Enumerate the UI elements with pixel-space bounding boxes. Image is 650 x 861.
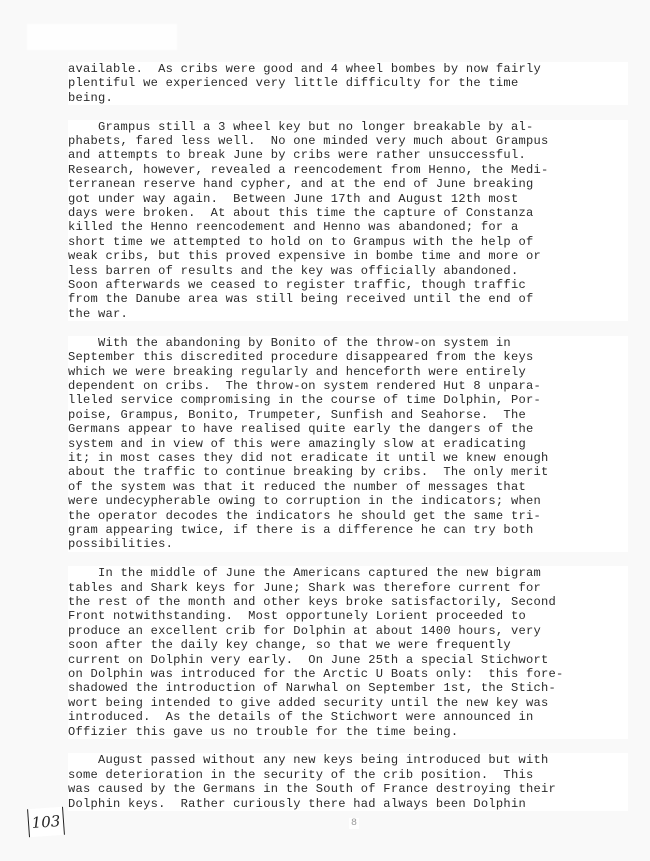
text-line: Germans appear to have realised quite ea…: [68, 422, 628, 436]
text-line: less barren of results and the key was o…: [68, 264, 628, 278]
text-line: some deterioration in the security of th…: [68, 768, 628, 782]
text-line: the war.: [68, 307, 628, 321]
document-body: available. As cribs were good and 4 whee…: [68, 62, 628, 825]
text-line: available. As cribs were good and 4 whee…: [68, 62, 628, 76]
text-line: Grampus still a 3 wheel key but no longe…: [68, 120, 628, 134]
text-line: produce an excellent crib for Dolphin at…: [68, 624, 628, 638]
paragraph: With the abandoning by Bonito of the thr…: [68, 336, 628, 552]
text-line: soon after the daily key change, so that…: [68, 638, 628, 652]
paragraph: available. As cribs were good and 4 whee…: [68, 62, 628, 105]
document-page: available. As cribs were good and 4 whee…: [0, 0, 650, 861]
text-line: tables and Shark keys for June; Shark wa…: [68, 581, 628, 595]
text-line: poise, Grampus, Bonito, Trumpeter, Sunfi…: [68, 408, 628, 422]
text-line: the rest of the month and other keys bro…: [68, 595, 628, 609]
text-line: wort being intended to give added securi…: [68, 696, 628, 710]
text-line: gram appearing twice, if there is a diff…: [68, 523, 628, 537]
text-line: on Dolphin was introduced for the Arctic…: [68, 667, 628, 681]
text-line: system and in view of this were amazingl…: [68, 437, 628, 451]
text-line: of the system was that it reduced the nu…: [68, 480, 628, 494]
text-line: Research, however, revealed a reencodeme…: [68, 163, 628, 177]
text-line: Soon afterwards we ceased to register tr…: [68, 278, 628, 292]
text-line: from the Danube area was still being rec…: [68, 292, 628, 306]
text-line: With the abandoning by Bonito of the thr…: [68, 336, 628, 350]
text-line: plentiful we experienced very little dif…: [68, 76, 628, 90]
text-line: lleled service compromising in the cours…: [68, 393, 628, 407]
paragraph: August passed without any new keys being…: [68, 753, 628, 811]
text-line: In the middle of June the Americans capt…: [68, 566, 628, 580]
text-line: it; in most cases they did not eradicate…: [68, 451, 628, 465]
text-line: August passed without any new keys being…: [68, 753, 628, 767]
text-line: killed the Henno reencodement and Henno …: [68, 220, 628, 234]
text-line: was caused by the Germans in the South o…: [68, 782, 628, 796]
text-line: which we were breaking regularly and hen…: [68, 365, 628, 379]
text-line: were undecypherable owing to corruption …: [68, 494, 628, 508]
text-line: got under way again. Between June 17th a…: [68, 192, 628, 206]
text-line: the operator decodes the indicators he s…: [68, 509, 628, 523]
text-line: shadowed the introduction of Narwhal on …: [68, 681, 628, 695]
text-line: September this discredited procedure dis…: [68, 350, 628, 364]
text-line: Front notwithstanding. Most opportunely …: [68, 609, 628, 623]
text-line: phabets, fared less well. No one minded …: [68, 134, 628, 148]
paragraph: Grampus still a 3 wheel key but no longe…: [68, 120, 628, 322]
paragraph: In the middle of June the Americans capt…: [68, 566, 628, 739]
text-line: about the traffic to continue breaking b…: [68, 465, 628, 479]
page-number: 8: [349, 818, 359, 829]
header-stamp: [27, 24, 177, 50]
text-line: weak cribs, but this proved expensive in…: [68, 249, 628, 263]
margin-folio-number: 103: [27, 807, 65, 837]
text-line: dependent on cribs. The throw-on system …: [68, 379, 628, 393]
text-line: Offizier this gave us no trouble for the…: [68, 725, 628, 739]
text-line: terranean reserve hand cypher, and at th…: [68, 177, 628, 191]
text-line: short time we attempted to hold on to Gr…: [68, 235, 628, 249]
text-line: being.: [68, 91, 628, 105]
text-line: Dolphin keys. Rather curiously there had…: [68, 797, 628, 811]
text-line: days were broken. At about this time the…: [68, 206, 628, 220]
text-line: introduced. As the details of the Stichw…: [68, 710, 628, 724]
text-line: and attempts to break June by cribs were…: [68, 148, 628, 162]
text-line: current on Dolphin very early. On June 2…: [68, 653, 628, 667]
text-line: possibilities.: [68, 537, 628, 551]
